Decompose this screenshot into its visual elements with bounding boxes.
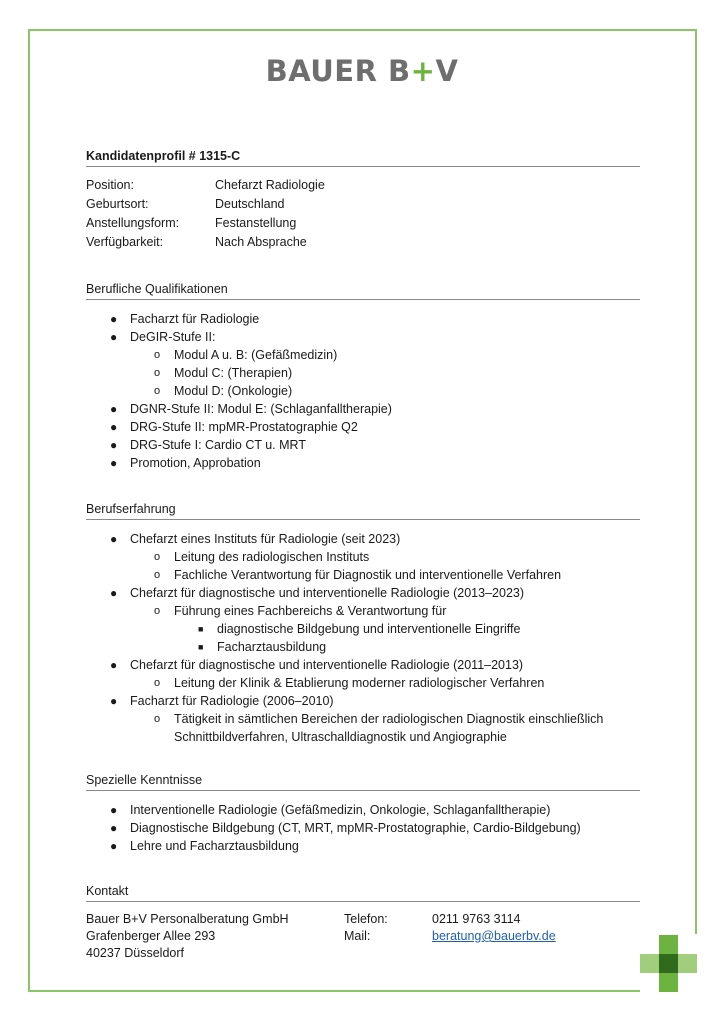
list-item: ●Lehre und Facharztausbildung: [86, 837, 640, 855]
list-item: ■Facharztausbildung: [86, 638, 640, 656]
list-item-continuation: Schnittbildverfahren, Ultraschalldiagnos…: [86, 728, 640, 746]
frame-border-bottom: [28, 990, 640, 992]
company-logo: BAUER B+V: [0, 54, 724, 88]
list-item: oModul C: (Therapien): [86, 364, 640, 382]
list-item: ●Chefarzt für diagnostische und interven…: [86, 656, 640, 674]
experience-section: Berufserfahrung ●Chefarzt eines Institut…: [86, 500, 640, 746]
field-row: Verfügbarkeit:Nach Absprache: [86, 233, 640, 252]
profile-title: Kandidatenprofil # 1315-C: [86, 147, 640, 167]
list-item: ●DGNR-Stufe II: Modul E: (Schlaganfallth…: [86, 400, 640, 418]
list-item: ●Facharzt für Radiologie: [86, 310, 640, 328]
list-item: oFührung eines Fachbereichs & Verantwort…: [86, 602, 640, 620]
list-item: oModul A u. B: (Gefäßmedizin): [86, 346, 640, 364]
city: 40237 Düsseldorf: [86, 945, 344, 962]
list-item: oTätigkeit in sämtlichen Bereichen der r…: [86, 710, 640, 728]
list-item: ●Chefarzt eines Instituts für Radiologie…: [86, 530, 640, 548]
list-item: oModul D: (Onkologie): [86, 382, 640, 400]
profile-section: Kandidatenprofil # 1315-C Position:Chefa…: [86, 147, 640, 252]
list-item: ●DRG-Stufe II: mpMR-Prostatographie Q2: [86, 418, 640, 436]
section-title: Spezielle Kenntnisse: [86, 771, 640, 791]
frame-border-top: [29, 29, 697, 31]
phone-number: 0211 9763 3114: [432, 911, 556, 928]
frame-border-left: [28, 29, 30, 992]
list-item: ●Diagnostische Bildgebung (CT, MRT, mpMR…: [86, 819, 640, 837]
company-name: Bauer B+V Personalberatung GmbH: [86, 911, 344, 928]
field-row: Anstellungsform:Festanstellung: [86, 214, 640, 233]
list-item: ●Promotion, Approbation: [86, 454, 640, 472]
list-item: oFachliche Verantwortung für Diagnostik …: [86, 566, 640, 584]
email-link[interactable]: beratung@bauerbv.de: [432, 928, 556, 945]
phone-label: Telefon:: [344, 911, 432, 928]
list-item: ●DeGIR-Stufe II:: [86, 328, 640, 346]
qualifications-section: Berufliche Qualifikationen ●Facharzt für…: [86, 280, 640, 472]
list-item: oLeitung der Klinik & Etablierung modern…: [86, 674, 640, 692]
section-title: Berufserfahrung: [86, 500, 640, 520]
list-item: ●DRG-Stufe I: Cardio CT u. MRT: [86, 436, 640, 454]
skills-section: Spezielle Kenntnisse ●Interventionelle R…: [86, 771, 640, 855]
list-item: ■diagnostische Bildgebung und interventi…: [86, 620, 640, 638]
field-row: Geburtsort:Deutschland: [86, 195, 640, 214]
list-item: ●Facharzt für Radiologie (2006–2010): [86, 692, 640, 710]
section-title: Kontakt: [86, 882, 640, 902]
contact-section: Kontakt Bauer B+V Personalberatung GmbH …: [86, 882, 640, 962]
list-item: ●Chefarzt für diagnostische und interven…: [86, 584, 640, 602]
section-title: Berufliche Qualifikationen: [86, 280, 640, 300]
field-row: Position:Chefarzt Radiologie: [86, 176, 640, 195]
street: Grafenberger Allee 293: [86, 928, 344, 945]
mail-label: Mail:: [344, 928, 432, 945]
list-item: ●Interventionelle Radiologie (Gefäßmediz…: [86, 801, 640, 819]
list-item: oLeitung des radiologischen Instituts: [86, 548, 640, 566]
frame-border-right: [695, 29, 697, 934]
